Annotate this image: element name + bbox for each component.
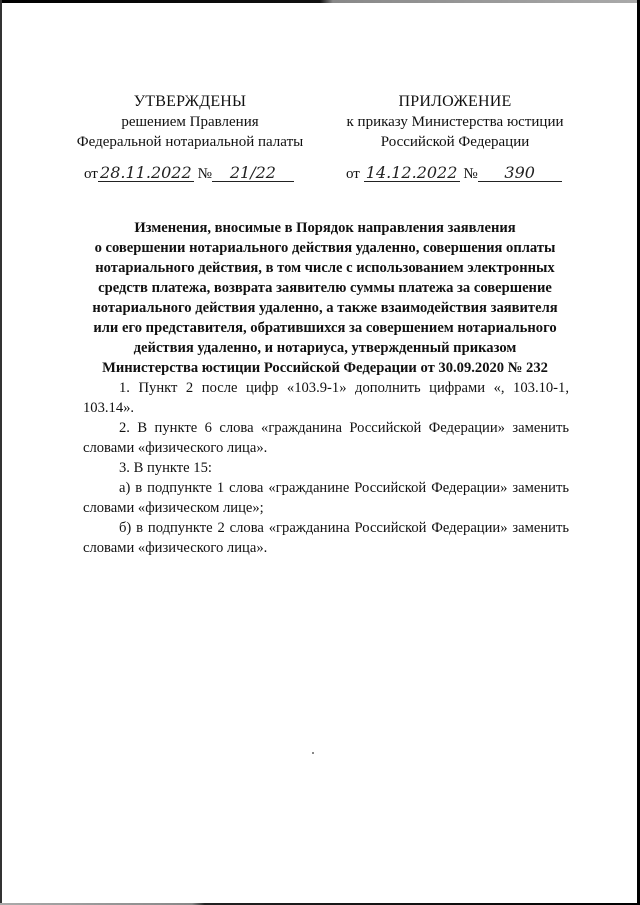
- document-body: 1. Пункт 2 после цифр «103.9-1» дополнит…: [83, 378, 569, 558]
- title-line: или его представителя, обратившихся за с…: [70, 318, 580, 338]
- approval-heading: УТВЕРЖДЕНЫ: [70, 92, 310, 112]
- appendix-heading: ПРИЛОЖЕНИЕ: [330, 92, 580, 112]
- paragraph-item-3b: б) в подпункте 2 слова «гражданина Росси…: [83, 518, 569, 558]
- appendix-stamp: ПРИЛОЖЕНИЕ к приказу Министерства юстици…: [330, 92, 580, 152]
- appendix-reference: от 14.12.2022 №390: [346, 165, 562, 183]
- title-line: Министерства юстиции Российской Федераци…: [70, 358, 580, 378]
- approval-date: 28.11.2022: [98, 165, 194, 182]
- paragraph-item-3a: а) в подпункте 1 слова «гражданине Росси…: [83, 478, 569, 518]
- appendix-date-prefix: от: [346, 166, 360, 182]
- scan-speck: [312, 752, 314, 754]
- document-title: Изменения, вносимые в Порядок направлени…: [70, 218, 580, 378]
- appendix-line-1: к приказу Министерства юстиции: [330, 112, 580, 132]
- approval-date-prefix: от: [84, 166, 98, 182]
- title-line: нотариального действия удаленно, а также…: [70, 298, 580, 318]
- approval-number-prefix: №: [198, 166, 212, 182]
- paragraph-item-1: 1. Пункт 2 после цифр «103.9-1» дополнит…: [83, 378, 569, 418]
- title-line: действия удаленно, и нотариуса, утвержде…: [70, 338, 580, 358]
- scan-edge-top: [0, 0, 640, 3]
- approval-stamp: УТВЕРЖДЕНЫ решением Правления Федерально…: [70, 92, 310, 152]
- approval-number: 21/22: [212, 165, 294, 182]
- approval-reference: от28.11.2022 №21/22: [84, 165, 294, 183]
- approval-line-2: Федеральной нотариальной палаты: [70, 132, 310, 152]
- scan-edge-left: [0, 0, 2, 905]
- approval-line-1: решением Правления: [70, 112, 310, 132]
- title-line: Изменения, вносимые в Порядок направлени…: [70, 218, 580, 238]
- document-page: УТВЕРЖДЕНЫ решением Правления Федерально…: [0, 0, 640, 905]
- appendix-number: 390: [478, 165, 562, 182]
- title-line: средств платежа, возврата заявителю сумм…: [70, 278, 580, 298]
- title-line: о совершении нотариального действия удал…: [70, 238, 580, 258]
- paragraph-item-2: 2. В пункте 6 слова «гражданина Российск…: [83, 418, 569, 458]
- appendix-date: 14.12.2022: [364, 165, 460, 182]
- title-line: нотариального действия, в том числе с ис…: [70, 258, 580, 278]
- appendix-line-2: Российской Федерации: [330, 132, 580, 152]
- appendix-number-prefix: №: [463, 166, 477, 182]
- paragraph-item-3: 3. В пункте 15:: [83, 458, 569, 478]
